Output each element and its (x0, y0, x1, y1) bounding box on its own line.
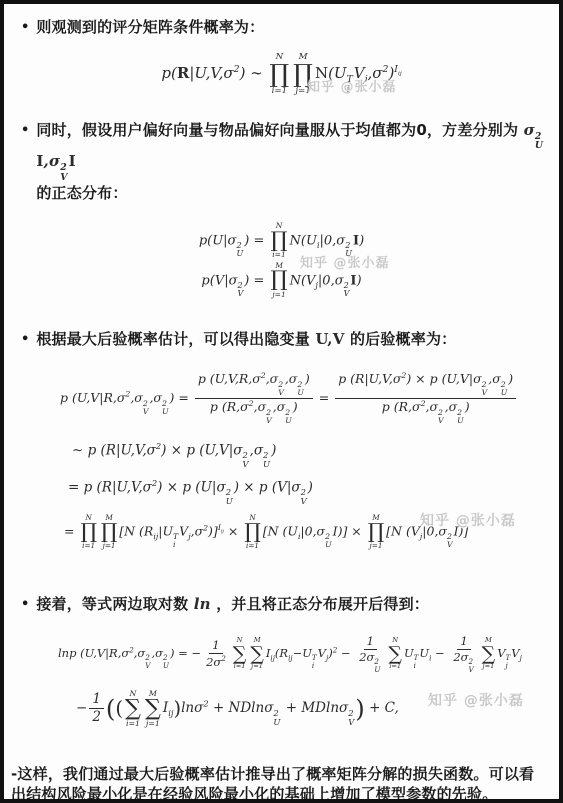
formula-posterior-proportional: ∼ p (R|U,V,σ2) × p (U,V|σ2V,σ2U) (16, 441, 547, 469)
watermark: 知乎 @张小磊 (420, 510, 516, 530)
bullet-marker: • (21, 329, 29, 350)
formula-user-prior: p(U|σ2U) = N∏i=1N(Ui|0,σ2UI) (16, 222, 547, 260)
bullet-text-after: 的后验概率为： (345, 330, 457, 348)
watermark: 知乎 @张小磊 (428, 690, 524, 710)
bullet-marker: • (21, 594, 29, 615)
bullet-marker: • (21, 120, 29, 204)
conclusion-paragraph: -这样，我们通过最大后验概率估计推导出了概率矩阵分解的损失函数。可以看出结构风险… (11, 764, 547, 803)
formula-log-posterior: lnp (U,V|R,σ2,σ2V,σ2U) = −12σ2N∑i=1M∑j=1… (16, 635, 547, 673)
bullet-text-after: ，并且将正态分布展开后得到： (211, 595, 429, 613)
bullet-item-map-estimation: • 根据最大后验概率估计，可以得出隐变量 U,V 的后验概率为： (16, 329, 547, 350)
bullet-text: 根据最大后验概率估计，可以得出隐变量 U,V 的后验概率为： (36, 329, 456, 350)
bullet-item-rating-probability: • 则观测到的评分矩阵条件概率为： (16, 17, 547, 38)
bullet-item-prior-assumption: • 同时，假设用户偏好向量与物品偏好向量服从于均值都为0，方差分别为 σ2UI,… (16, 120, 547, 204)
bullet-text: 同时，假设用户偏好向量与物品偏好向量服从于均值都为0，方差分别为 σ2UI,σ2… (36, 120, 547, 204)
formula-posterior-factorized: = p (R|U,V,σ2) × p (U|σ2U) × p (V|σ2V) (16, 478, 547, 506)
bullet-text-before: 接着，等式两边取对数 (36, 595, 193, 613)
bullet-item-log-expansion: • 接着，等式两边取对数 ln ，并且将正态分布展开后得到： (16, 594, 547, 615)
formula-rating-conditional-probability: p(R|U,V,σ2) ∼ N∏i=1M∏j=1N(UTiVj,σ2)Iij (16, 52, 547, 96)
watermark: 知乎 @张小磊 (307, 76, 397, 95)
bullet-text-after: 的正态分布： (36, 183, 547, 204)
watermark: 知乎 @张小磊 (300, 252, 390, 271)
bullet-text: 接着，等式两边取对数 ln ，并且将正态分布展开后得到： (36, 594, 429, 615)
bullet-text-before: 根据最大后验概率估计，可以得出隐变量 (36, 330, 315, 348)
formula-posterior-bayes: p (U,V|R,σ2,σ2V,σ2U) = p (U,V,R,σ2,σ2V,σ… (16, 372, 547, 425)
bullet-text-before: 同时，假设用户偏好向量与物品偏好向量服从于均值都为0，方差分别为 (36, 121, 523, 139)
bullet-text: 则观测到的评分矩阵条件概率为： (36, 17, 264, 38)
article-page: • 则观测到的评分矩阵条件概率为： p(R|U,V,σ2) ∼ N∏i=1M∏j… (0, 0, 563, 803)
inline-math-latent-variables: U,V (315, 330, 344, 348)
bullet-marker: • (21, 17, 29, 38)
formula-item-prior: p(V|σ2V) = M∏j=1N(Vj|0,σ2VI) (16, 262, 547, 300)
inline-math-ln: ln (194, 595, 211, 613)
